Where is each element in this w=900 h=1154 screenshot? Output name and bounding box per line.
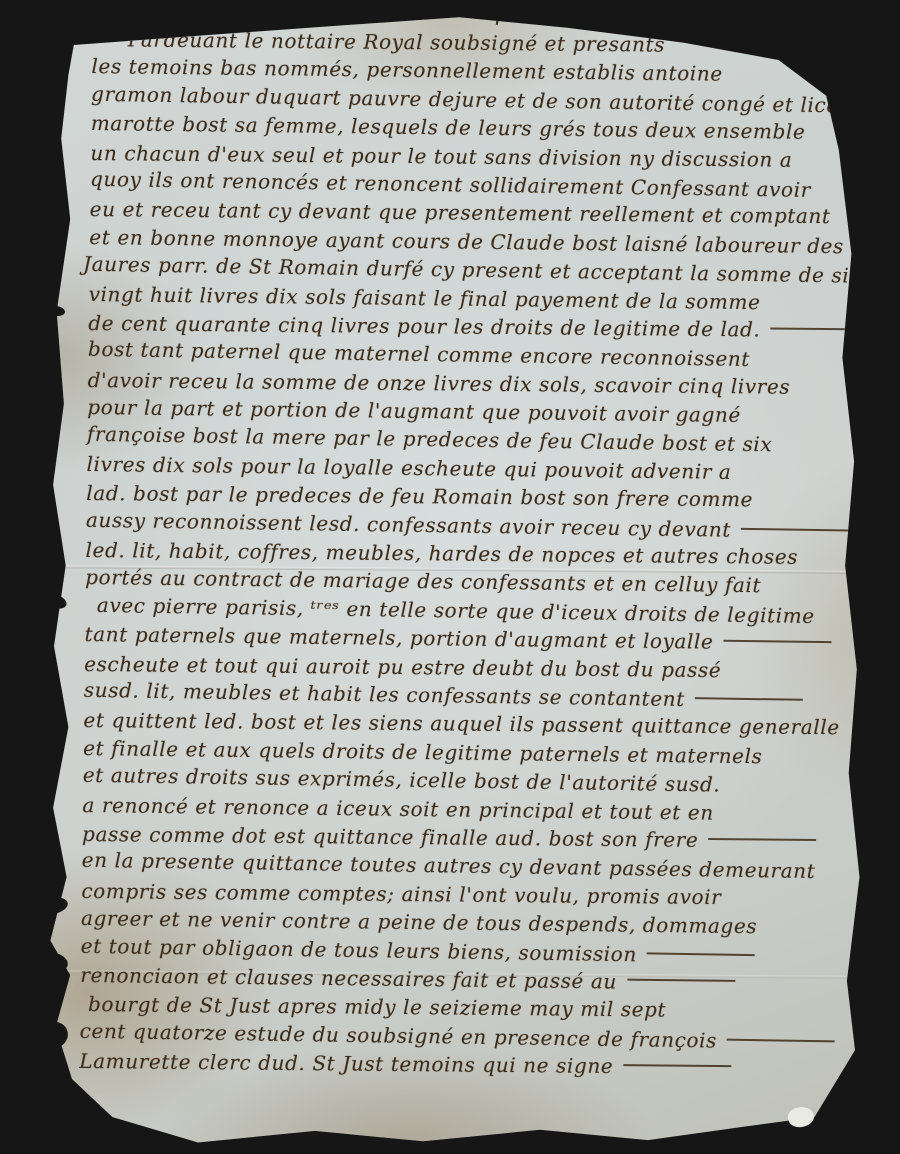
line-filler-stroke <box>647 951 755 955</box>
line-filler-stroke <box>623 1064 731 1067</box>
manuscript-line-text: eu et receu tant cy devant que presentem… <box>90 197 831 228</box>
line-filler-stroke <box>627 979 735 982</box>
manuscript-line-text: d'avoir receu la somme de onze livres di… <box>88 368 791 399</box>
line-filler-stroke <box>695 697 803 701</box>
manuscript-line-text: et quittent led. bost et les siens auque… <box>83 708 840 739</box>
manuscript-line-text: renonciaon et clauses necessaires fait e… <box>80 963 617 994</box>
paper-tear <box>297 1132 368 1152</box>
photo-background: { "photo": { "background_color": "#16161… <box>0 0 900 1154</box>
manuscript-line: Lamurette clerc dud. St Just temoins qui… <box>79 1047 839 1083</box>
manuscript-line-text: et tout par obligaon de tous leurs biens… <box>81 933 638 966</box>
manuscript-text: Pardeuant le nottaire Royal soubsigné et… <box>79 24 852 1084</box>
line-filler-stroke <box>708 837 816 840</box>
line-filler-stroke <box>741 527 849 531</box>
manuscript-line-text: compris ses comme comptes; ainsi l'ont v… <box>81 879 721 909</box>
manuscript-line-text: led. lit, habit, coffres, meubles, harde… <box>85 538 798 569</box>
manuscript-line-text: Pardeuant le nottaire Royal soubsigné et… <box>128 27 665 56</box>
line-filler-stroke <box>723 639 831 642</box>
line-filler-stroke <box>727 1038 835 1042</box>
manuscript-page: + Pardeuant le nottaire Royal soubsigné … <box>0 0 900 1154</box>
manuscript-line-text: Lamurette clerc dud. St Just temoins qui… <box>79 1049 613 1078</box>
line-filler-stroke <box>770 327 878 330</box>
